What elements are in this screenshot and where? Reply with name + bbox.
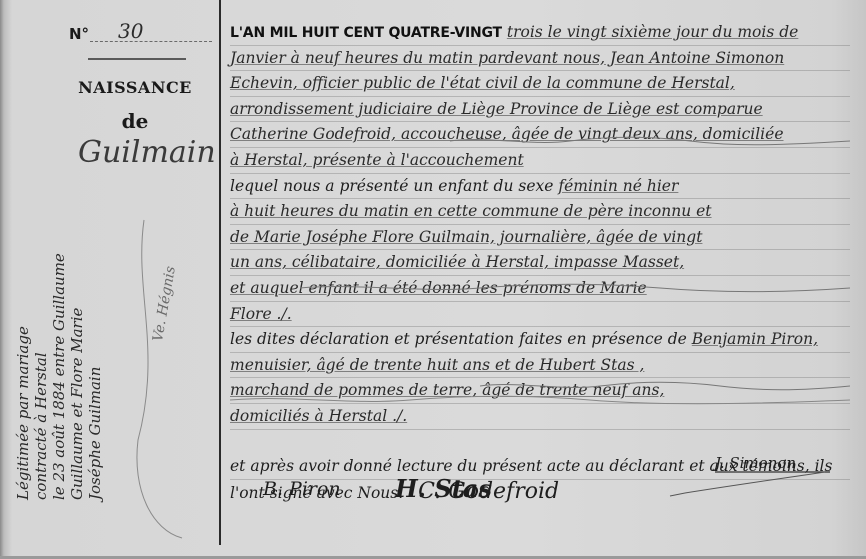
entry-number-label: N° xyxy=(69,25,89,43)
handwritten-text: à Herstal, présente à l'accouchement xyxy=(230,151,524,169)
witness-signature-piron: B. Piron xyxy=(263,478,341,500)
act-line: à Herstal, présente à l'accouchement xyxy=(230,148,850,174)
entry-title-de: de xyxy=(60,109,210,133)
witness-signature-stas: H. Stas xyxy=(395,474,492,503)
handwritten-text: féminin né hier xyxy=(558,177,678,195)
officer-signature-flourish-icon xyxy=(665,460,835,500)
act-line: menuisier, âgé de trente huit ans et de … xyxy=(230,353,850,379)
handwritten-text: Flore ./. xyxy=(230,305,292,323)
handwritten-text: menuisier, âgé de trente huit ans et de … xyxy=(230,356,644,374)
margin-flourish-icon xyxy=(132,210,192,540)
act-line: domiciliés à Herstal ./. xyxy=(230,404,850,430)
act-line: Echevin, officier public de l'état civil… xyxy=(230,71,850,97)
handwritten-text: à huit heures du matin en cette commune … xyxy=(230,202,712,220)
act-line: Janvier à neuf heures du matin pardevant… xyxy=(230,46,850,72)
handwritten-text: Benjamin Piron, xyxy=(692,330,818,348)
line-fill-flourish-icon xyxy=(230,395,850,405)
line-fill-flourish-icon xyxy=(450,136,850,146)
margin-annotation-line: Légitimée par mariage xyxy=(14,253,32,500)
margin-annotation-line: Joséphe Guilmain xyxy=(86,253,104,500)
act-line: un ans, célibataire, domiciliée à Hersta… xyxy=(230,250,850,276)
margin-annotation: Légitimée par mariage contracté à Hersta… xyxy=(14,253,104,500)
margin-annotation-line: Guillaume et Flore Marie xyxy=(68,253,86,500)
act-line: les dites déclaration et présentation fa… xyxy=(230,327,850,353)
entry-number-value: 30 xyxy=(118,19,143,43)
handwritten-text: trois le vingt sixième jour du mois de xyxy=(507,23,798,41)
subject-name: Guilmain xyxy=(78,135,216,170)
act-line: de Marie Joséphe Flore Guilmain, journal… xyxy=(230,225,850,251)
act-line: à huit heures du matin en cette commune … xyxy=(230,199,850,225)
column-divider xyxy=(219,0,221,545)
handwritten-text: un ans, célibataire, domiciliée à Hersta… xyxy=(230,253,684,271)
handwritten-text: domiciliés à Herstal ./. xyxy=(230,407,407,425)
handwritten-text: de Marie Joséphe Flore Guilmain, journal… xyxy=(230,228,702,246)
printed-text: les dites déclaration et présentation fa… xyxy=(230,330,687,348)
entry-number-underline xyxy=(90,41,212,42)
entry-title: NAISSANCE xyxy=(60,78,210,97)
header-rule xyxy=(88,58,186,60)
line-fill-flourish-icon xyxy=(480,381,850,391)
handwritten-text: Janvier à neuf heures du matin pardevant… xyxy=(230,49,784,67)
margin-annotation-line: le 23 août 1884 entre Guillaume xyxy=(50,253,68,500)
act-line: arrondissement judiciaire de Liège Provi… xyxy=(230,97,850,123)
act-line: Flore ./. xyxy=(230,302,850,328)
act-line: lequel nous a présenté un enfant du sexe… xyxy=(230,174,850,200)
printed-text: L'AN MIL HUIT CENT QUATRE-VINGT xyxy=(230,25,502,41)
register-page: N° 30 NAISSANCE de Guilmain Légitimée pa… xyxy=(0,0,866,559)
printed-text: lequel nous a présenté un enfant du sexe xyxy=(230,177,553,195)
act-line-blank xyxy=(230,430,850,455)
handwritten-text: Echevin, officier public de l'état civil… xyxy=(230,74,735,92)
handwritten-text: arrondissement judiciaire de Liège Provi… xyxy=(230,100,763,118)
margin-annotation-line: contracté à Herstal xyxy=(32,253,50,500)
line-fill-flourish-icon xyxy=(300,283,850,293)
act-line: L'AN MIL HUIT CENT QUATRE-VINGT trois le… xyxy=(230,20,850,46)
act-body: L'AN MIL HUIT CENT QUATRE-VINGT trois le… xyxy=(230,20,850,504)
